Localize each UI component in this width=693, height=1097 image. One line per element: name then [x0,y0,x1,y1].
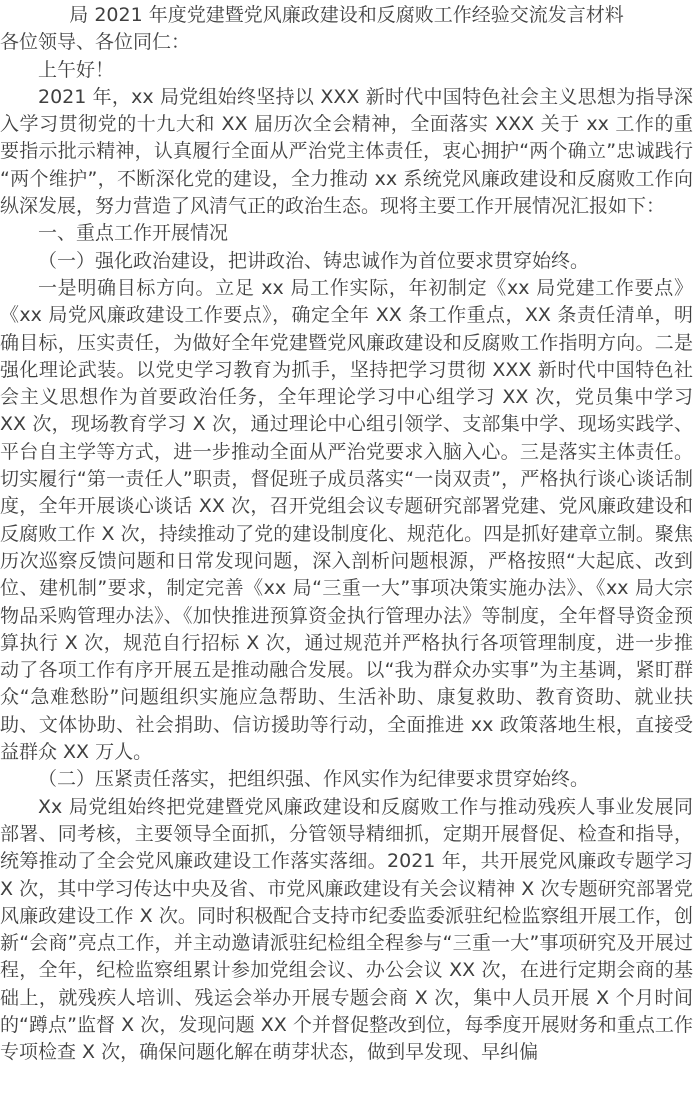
subsection-heading-2: （二）压紧责任落实，把组织强、作风实作为纪律要求贯穿始终。 [0,766,693,793]
subsection-heading-1: （一）强化政治建设，把讲政治、铸忠诚作为首位要求贯穿始终。 [0,248,693,275]
document-page: 局 2021 年度党建暨党风廉政建设和反腐败工作经验交流发言材料 各位领导、各位… [0,0,693,1097]
document-title: 局 2021 年度党建暨党风廉政建设和反腐败工作经验交流发言材料 [0,0,693,29]
body-paragraph-1: 一是明确目标方向。立足 xx 局工作实际，年初制定《xx 局党建工作要点》《xx… [0,275,693,766]
body-paragraph-2: Xx 局党组始终把党建暨党风廉政建设和反腐败工作与推动残疾人事业发展同部署、同考… [0,794,693,1067]
intro-paragraph: 2021 年，xx 局党组始终坚持以 XXX 新时代中国特色社会主义思想为指导深… [0,84,693,220]
section-heading-1: 一、重点工作开展情况 [0,220,693,247]
greeting-line: 上午好！ [0,57,693,84]
salutation: 各位领导、各位同仁： [0,29,693,56]
